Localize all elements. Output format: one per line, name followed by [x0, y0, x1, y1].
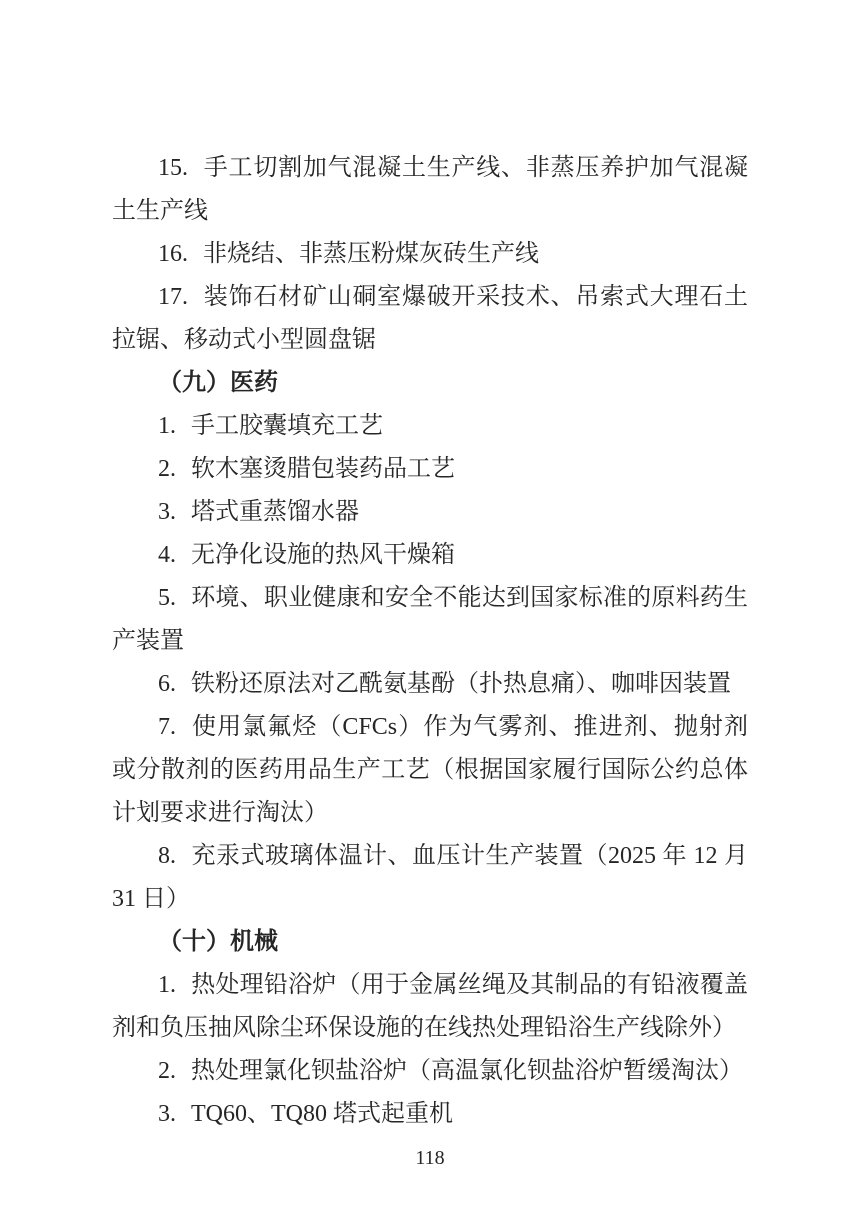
item-text: 装饰石材矿山硐室爆破开采技术、吊索式大理石土拉锯、移动式小型圆盘锯: [112, 284, 748, 353]
item-text: 环境、职业健康和安全不能达到国家标准的原料药生产装置: [112, 585, 748, 654]
list-item: 1.热处理铅浴炉（用于金属丝绳及其制品的有铅液覆盖剂和负压抽风除尘环保设施的在线…: [112, 964, 748, 1050]
item-text: 铁粉还原法对乙酰氨基酚（扑热息痛）、咖啡因装置: [191, 671, 731, 697]
item-number: 5.: [158, 585, 176, 611]
item-text: 热处理铅浴炉（用于金属丝绳及其制品的有铅液覆盖剂和负压抽风除尘环保设施的在线热处…: [112, 972, 748, 1041]
item-text: TQ60、TQ80 塔式起重机: [191, 1101, 453, 1127]
item-text: 手工切割加气混凝土生产线、非蒸压养护加气混凝土生产线: [112, 155, 748, 224]
item-text: 使用氯氟烃（CFCs）作为气雾剂、推进剂、抛射剂或分散剂的医药用品生产工艺（根据…: [112, 714, 748, 826]
item-number: 2.: [158, 456, 176, 482]
item-number: 8.: [158, 843, 176, 869]
list-item: 3.TQ60、TQ80 塔式起重机: [112, 1093, 748, 1136]
list-item: 2.热处理氯化钡盐浴炉（高温氯化钡盐浴炉暂缓淘汰）: [112, 1050, 748, 1093]
item-text: 无净化设施的热风干燥箱: [191, 542, 455, 568]
item-number: 1.: [158, 413, 176, 439]
section-heading-machinery: （十）机械: [112, 921, 748, 964]
list-item: 5.环境、职业健康和安全不能达到国家标准的原料药生产装置: [112, 577, 748, 663]
list-item: 3.塔式重蒸馏水器: [112, 491, 748, 534]
page-number: 118: [112, 1140, 748, 1176]
item-text: 软木塞烫腊包装药品工艺: [191, 456, 455, 482]
list-item: 7.使用氯氟烃（CFCs）作为气雾剂、推进剂、抛射剂或分散剂的医药用品生产工艺（…: [112, 706, 748, 835]
item-text: 手工胶囊填充工艺: [191, 413, 383, 439]
list-item: 15.手工切割加气混凝土生产线、非蒸压养护加气混凝土生产线: [112, 147, 748, 233]
item-number: 4.: [158, 542, 176, 568]
item-text: 充汞式玻璃体温计、血压计生产装置（2025 年 12 月 31 日）: [112, 843, 748, 912]
list-item: 1.手工胶囊填充工艺: [112, 405, 748, 448]
item-text: 热处理氯化钡盐浴炉（高温氯化钡盐浴炉暂缓淘汰）: [191, 1058, 743, 1084]
heading-text: （九）医药: [158, 370, 278, 396]
item-number: 3.: [158, 499, 176, 525]
item-number: 2.: [158, 1058, 176, 1084]
section-heading-medicine: （九）医药: [112, 362, 748, 405]
item-number: 17.: [158, 284, 188, 310]
list-item: 8.充汞式玻璃体温计、血压计生产装置（2025 年 12 月 31 日）: [112, 835, 748, 921]
list-item: 16.非烧结、非蒸压粉煤灰砖生产线: [112, 233, 748, 276]
list-item: 4.无净化设施的热风干燥箱: [112, 534, 748, 577]
document-body: 15.手工切割加气混凝土生产线、非蒸压养护加气混凝土生产线 16.非烧结、非蒸压…: [112, 147, 748, 1176]
list-item: 6.铁粉还原法对乙酰氨基酚（扑热息痛）、咖啡因装置: [112, 663, 748, 706]
heading-text: （十）机械: [158, 929, 278, 955]
item-number: 16.: [158, 241, 188, 267]
item-number: 6.: [158, 671, 176, 697]
list-item: 2.软木塞烫腊包装药品工艺: [112, 448, 748, 491]
list-item: 17.装饰石材矿山硐室爆破开采技术、吊索式大理石土拉锯、移动式小型圆盘锯: [112, 276, 748, 362]
item-number: 1.: [158, 972, 176, 998]
item-number: 7.: [158, 714, 176, 740]
item-text: 塔式重蒸馏水器: [191, 499, 359, 525]
item-number: 15.: [158, 155, 188, 181]
item-number: 3.: [158, 1101, 176, 1127]
item-text: 非烧结、非蒸压粉煤灰砖生产线: [203, 241, 539, 267]
document-page: 15.手工切割加气混凝土生产线、非蒸压养护加气混凝土生产线 16.非烧结、非蒸压…: [0, 0, 860, 1216]
